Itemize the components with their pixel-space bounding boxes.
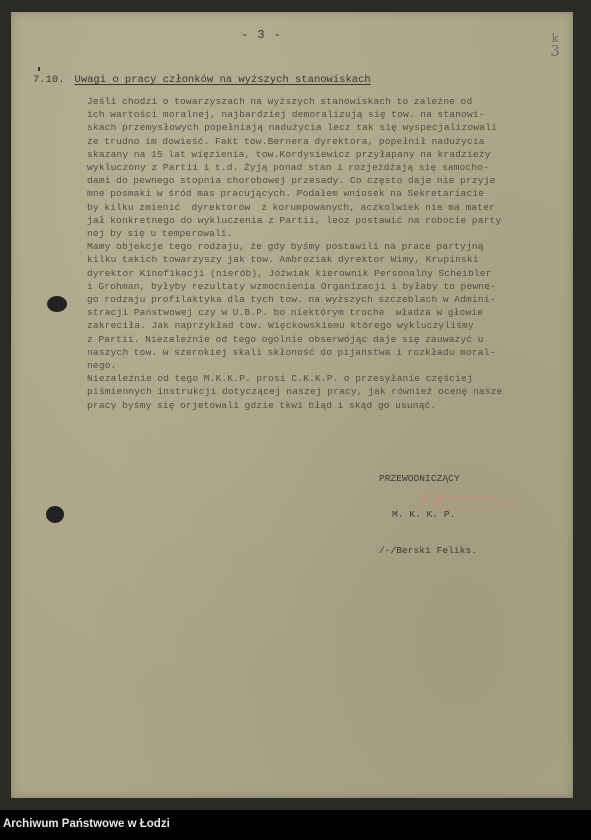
body-line: Mamy objekcje tego rodzaju, że gdy byśmy…: [87, 240, 587, 253]
body-line: i Grohman, byłyby rezultaty wzmocnienia …: [87, 280, 587, 293]
margin-note-number: 3: [545, 45, 565, 58]
page-number: - 3 -: [241, 28, 282, 42]
body-line: nego.: [87, 359, 587, 372]
document-page: - 3 - k 3 7.10.Uwagi o pracy członków na…: [11, 12, 573, 798]
archive-name: Archiwum Państwowe w Łodzi: [3, 818, 170, 830]
body-line: ich wartości moralnej, najbardziej demor…: [87, 108, 587, 121]
body-line: z Partii. Niezależnie od tego ogólnie ob…: [87, 333, 587, 346]
signature-block: PRZEWODNICZĄCY M. K. K. P. /-/Berski Fel…: [379, 449, 477, 581]
body-line: że trudno im dowieść. Fakt tow.Bernera d…: [87, 135, 587, 148]
body-line: nej by się u temperowali.: [87, 227, 587, 240]
footer-bar: Archiwum Państwowe w Łodzi: [0, 810, 591, 840]
body-line: kilku takich towarzyszy jak tow. Ambrozi…: [87, 253, 587, 266]
body-line: stracji Państwowej czy w U.B.P. bo niekt…: [87, 306, 587, 319]
body-text: Jeśli chodzi o towarzyszach na wyższych …: [87, 95, 587, 412]
body-line: Jeśli chodzi o towarzyszach na wyższych …: [87, 95, 587, 108]
body-line: by kilku zmienić dyrektorów z korumpowan…: [87, 201, 587, 214]
body-line: piśmiennych instrukcji dotyczącej naszej…: [87, 385, 587, 398]
body-line: jał konkretnego do wykluczenia z Partii,…: [87, 214, 587, 227]
body-line: pracy byśmy się orjetowali gdzie tkwi bł…: [87, 399, 587, 412]
section-heading: 7.10.Uwagi o pracy członków na wyższych …: [33, 74, 371, 86]
section-title: Uwagi o pracy członków na wyższych stano…: [75, 74, 371, 86]
margin-pencil-note: k 3: [545, 32, 565, 58]
body-line: naszych tow. w szerokiej skali skłoność …: [87, 346, 587, 359]
body-line: skach przemysłowych popełniają nadużycia…: [87, 121, 587, 134]
scan-frame: - 3 - k 3 7.10.Uwagi o pracy członków na…: [0, 0, 591, 810]
body-line: dami do pewnego stopnia chorobowej przes…: [87, 174, 587, 187]
signatory-name: /-/Berski Feliks.: [379, 545, 477, 557]
body-line: dyrektor Kinofikacji (nierób), Jóźwiak k…: [87, 267, 587, 280]
body-line: zakreciła. Jak naprzykład tow. Więckowsk…: [87, 319, 587, 332]
section-number: 7.10.: [33, 74, 65, 86]
punch-hole: [46, 506, 64, 523]
body-line: go rodzaju profilaktyka dla tych tow. na…: [87, 293, 587, 306]
body-line: skazany na 15 lat więzienia, tow.Kordysi…: [87, 148, 587, 161]
body-line: wykluczony z Partii i t.d. Żyją ponad st…: [87, 161, 587, 174]
body-line: Niezależnie od tego M.K.K.P. prosi C.K.K…: [87, 372, 587, 385]
ink-mark: [38, 67, 40, 71]
punch-hole: [47, 296, 67, 312]
body-line: mne posmaki w śród mas pracujących. Poda…: [87, 187, 587, 200]
handwritten-signature-icon: [411, 484, 521, 512]
